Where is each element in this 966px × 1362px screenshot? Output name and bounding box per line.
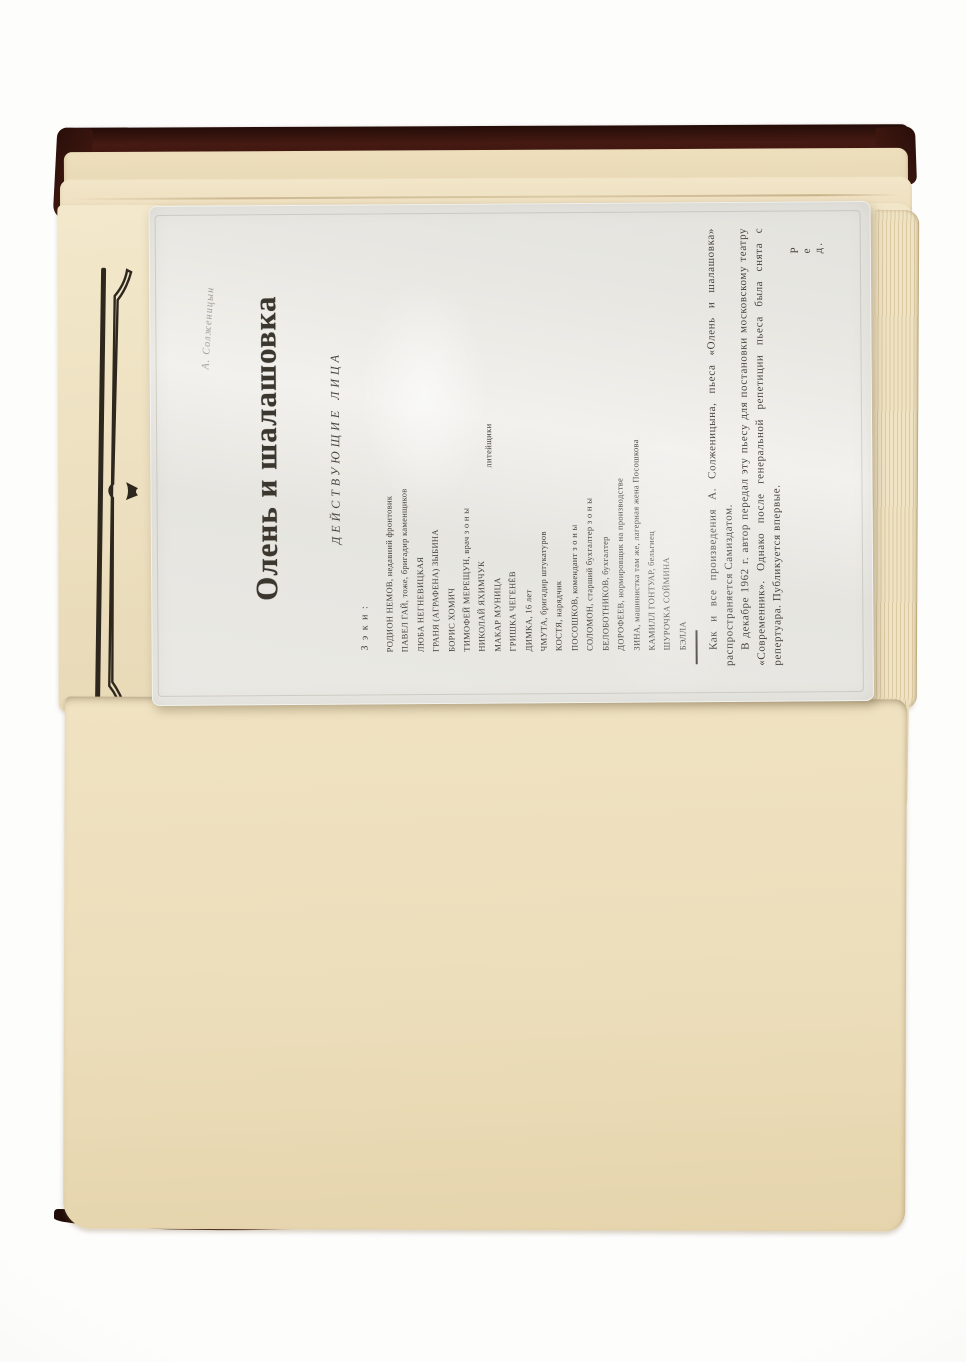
cast-item: БЭЛЛА [672, 240, 690, 650]
short-rule [696, 630, 698, 664]
note-paragraph: Как и все произведения А. Солженицына, п… [703, 228, 738, 666]
play-title: Олень и шалашовка [149, 243, 286, 654]
lower-book-page [63, 697, 907, 1232]
cast-list: РОДИОН НЕМОВ, недавний фронтовик ПАВЕЛ Г… [380, 240, 691, 652]
page-fore-edges [873, 210, 920, 708]
typed-sheet-content: А. Солженицын Олень и шалашовка ДЕЙСТВУЮ… [149, 201, 874, 706]
cast-group-label: З э к и : [357, 242, 371, 650]
vertical-double-rule-ornament-icon [89, 266, 147, 717]
book-photo: А. Солженицын Олень и шалашовка ДЕЙСТВУЮ… [0, 0, 966, 1362]
editor-signature: Р е д. [789, 239, 825, 253]
foundry-workers-side-label: литейщики [481, 423, 497, 467]
editorial-note: Как и все произведения А. Солженицына, п… [703, 228, 786, 667]
typed-sheet-in-sleeve: А. Солженицын Олень и шалашовка ДЕЙСТВУЮ… [149, 201, 874, 706]
note-paragraph: В декабре 1962 г. автор передал эту пьес… [735, 228, 786, 666]
cast-heading: ДЕЙСТВУЮЩИЕ ЛИЦА [327, 243, 345, 653]
